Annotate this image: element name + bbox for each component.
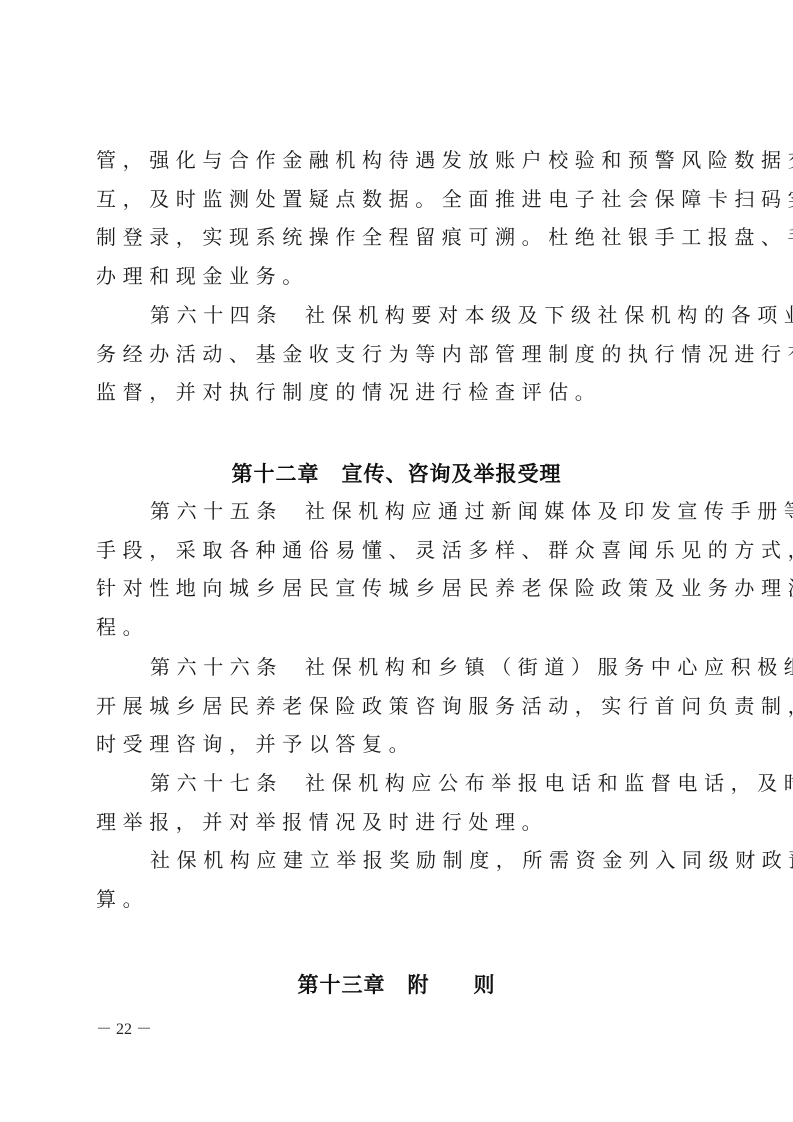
- text-line: 第六十五条社保机构应通过新闻媒体及印发宣传手册等: [96, 492, 688, 531]
- text-line: 管，强化与合作金融机构待遇发放账户校验和预警风险数据交: [96, 141, 688, 180]
- text-line: 务经办活动、基金收支行为等内部管理制度的执行情况进行有效: [96, 335, 688, 374]
- text-line: 针对性地向城乡居民宣传城乡居民养老保险政策及业务办理流: [96, 569, 688, 608]
- article-66: 第六十六条社保机构和乡镇（街道）服务中心应积极组织 开展城乡居民养老保险政策咨询…: [96, 648, 688, 764]
- text-line: 手段，采取各种通俗易懂、灵活多样、群众喜闻乐见的方式，有: [96, 531, 688, 570]
- article-65: 第六十五条社保机构应通过新闻媒体及印发宣传手册等 手段，采取各种通俗易懂、灵活多…: [96, 492, 688, 646]
- page-number: － 22 －: [96, 1016, 152, 1039]
- article-text: 社保机构应通过新闻媒体及印发宣传手册等: [305, 499, 793, 523]
- text-line: 算。: [96, 880, 688, 919]
- text-line: 第六十七条社保机构应公布举报电话和监督电话，及时受: [96, 764, 688, 803]
- text-line: 制登录，实现系统操作全程留痕可溯。杜绝社银手工报盘、手工: [96, 218, 688, 257]
- article-label: 第六十七条: [150, 771, 283, 795]
- chapter-heading: 第十三章 附 则: [0, 966, 793, 1004]
- article-text: 社保机构要对本级及下级社保机构的各项业: [305, 303, 793, 327]
- text-line: 监督，并对执行制度的情况进行检查评估。: [96, 373, 688, 412]
- paragraph-reward: 社保机构应建立举报奖励制度，所需资金列入同级财政预 算。: [96, 841, 688, 918]
- document-page: 管，强化与合作金融机构待遇发放账户校验和预警风险数据交 互，及时监测处置疑点数据…: [0, 0, 793, 1122]
- chapter-heading: 第十二章 宣传、咨询及举报受理: [0, 455, 793, 493]
- article-label: 第六十四条: [150, 303, 283, 327]
- text-line: 第六十六条社保机构和乡镇（街道）服务中心应积极组织: [96, 648, 688, 687]
- article-67: 第六十七条社保机构应公布举报电话和监督电话，及时受 理举报，并对举报情况及时进行…: [96, 764, 688, 841]
- text-line: 时受理咨询，并予以答复。: [96, 725, 688, 764]
- text-line: 理举报，并对举报情况及时进行处理。: [96, 803, 688, 842]
- text-line: 第六十四条社保机构要对本级及下级社保机构的各项业: [96, 296, 688, 335]
- paragraph-continued: 管，强化与合作金融机构待遇发放账户校验和预警风险数据交 互，及时监测处置疑点数据…: [96, 141, 688, 295]
- article-text: 社保机构应公布举报电话和监督电话，及时受: [305, 771, 793, 795]
- article-label: 第六十五条: [150, 499, 283, 523]
- text-line: 互，及时监测处置疑点数据。全面推进电子社会保障卡扫码实名: [96, 180, 688, 219]
- article-text: 社保机构和乡镇（街道）服务中心应积极组织: [305, 655, 793, 679]
- article-64: 第六十四条社保机构要对本级及下级社保机构的各项业 务经办活动、基金收支行为等内部…: [96, 296, 688, 412]
- text-line: 开展城乡居民养老保险政策咨询服务活动，实行首问负责制，及: [96, 687, 688, 726]
- text-line: 程。: [96, 608, 688, 647]
- text-line: 社保机构应建立举报奖励制度，所需资金列入同级财政预: [96, 841, 688, 880]
- text-line: 办理和现金业务。: [96, 257, 688, 296]
- article-label: 第六十六条: [150, 655, 283, 679]
